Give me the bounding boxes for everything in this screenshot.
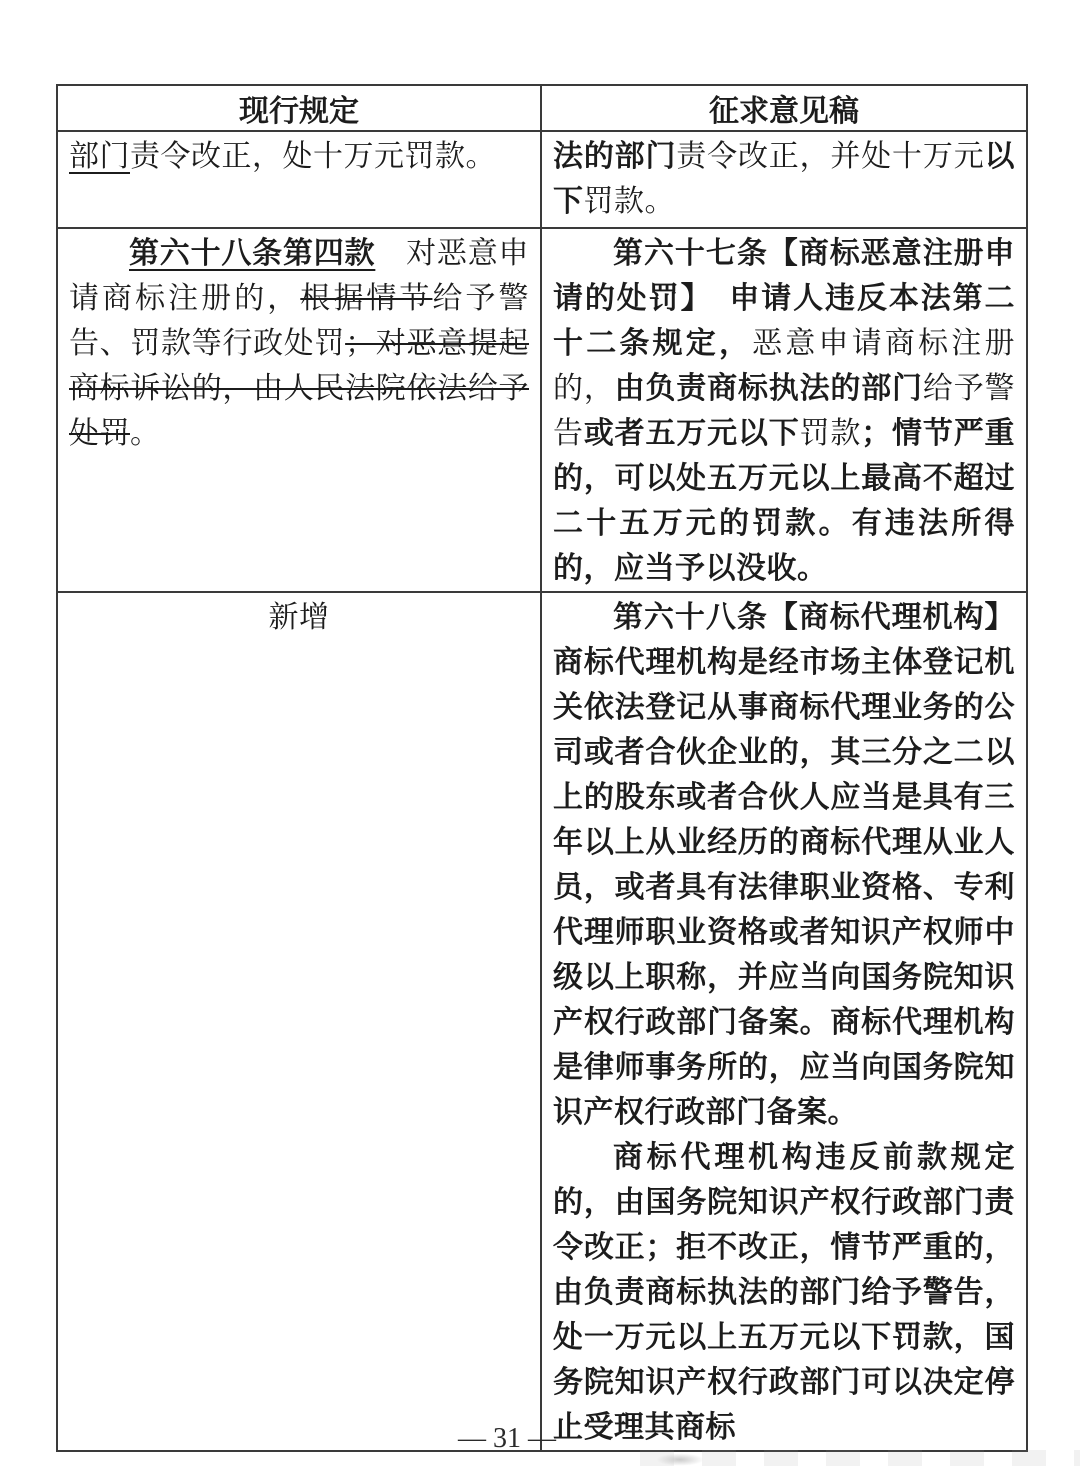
column-header-draft: 征求意见稿 <box>541 85 1027 131</box>
cell-draft: 第六十七条【商标恶意注册申请的处罚】 申请人违反本法第二十二条规定，恶意申请商标… <box>541 228 1027 592</box>
text-segment: 新增 <box>269 601 330 634</box>
cell-current: 部门责令改正，处十万元罚款。 <box>57 131 541 228</box>
text-segment: 部门 <box>69 140 130 173</box>
cell-draft: 法的部门责令改正，并处十万元以下罚款。 <box>541 131 1027 228</box>
text-segment: 罚款。 <box>584 185 676 218</box>
text-segment: 责令改正，并处十万元 <box>676 140 984 173</box>
paragraph: 部门责令改正，处十万元罚款。 <box>69 134 529 179</box>
table-row: 新增第六十八条【商标代理机构】商标代理机构是经市场主体登记机关依法登记从事商标代… <box>57 592 1027 1451</box>
document-page: 现行规定 征求意见稿 部门责令改正，处十万元罚款。法的部门责令改正，并处十万元以… <box>0 0 1080 1469</box>
cell-draft: 第六十八条【商标代理机构】商标代理机构是经市场主体登记机关依法登记从事商标代理业… <box>541 592 1027 1451</box>
watermark-remnant <box>640 1450 1080 1466</box>
column-header-current: 现行规定 <box>57 85 541 131</box>
text-segment: 责令改正，处十万元罚款。 <box>130 140 496 173</box>
table-row: 部门责令改正，处十万元罚款。法的部门责令改正，并处十万元以下罚款。 <box>57 131 1027 228</box>
table-row: 第六十八条第四款 对恶意申请商标注册的，根据情节给予警告、罚款等行政处罚；对恶意… <box>57 228 1027 592</box>
paragraph: 第六十八条第四款 对恶意申请商标注册的，根据情节给予警告、罚款等行政处罚；对恶意… <box>69 231 529 456</box>
cell-current: 新增 <box>57 592 541 1451</box>
text-segment: 根据情节 <box>300 282 432 315</box>
text-segment: 第六十八条第四款 <box>129 237 375 270</box>
text-segment: 法的部门 <box>553 140 676 173</box>
paragraph: 第六十七条【商标恶意注册申请的处罚】 申请人违反本法第二十二条规定，恶意申请商标… <box>553 231 1015 591</box>
paragraph: 新增 <box>69 595 529 640</box>
paragraph: 商标代理机构违反前款规定的，由国务院知识产权行政部门责令改正；拒不改正，情节严重… <box>553 1135 1015 1450</box>
comparison-table: 现行规定 征求意见稿 部门责令改正，处十万元罚款。法的部门责令改正，并处十万元以… <box>56 84 1028 1452</box>
table-body: 部门责令改正，处十万元罚款。法的部门责令改正，并处十万元以下罚款。第六十八条第四… <box>57 131 1027 1451</box>
paragraph: 第六十八条【商标代理机构】商标代理机构是经市场主体登记机关依法登记从事商标代理业… <box>553 595 1015 1135</box>
cell-current: 第六十八条第四款 对恶意申请商标注册的，根据情节给予警告、罚款等行政处罚；对恶意… <box>57 228 541 592</box>
text-segment: 。 <box>130 417 161 450</box>
text-segment: 罚款 <box>800 417 862 450</box>
text-segment: 第六十八条【商标代理机构】商标代理机构是经市场主体登记机关依法登记从事商标代理业… <box>553 601 1015 1129</box>
text-segment: 商标代理机构违反前款规定的，由国务院知识产权行政部门责令改正；拒不改正，情节严重… <box>553 1141 1015 1444</box>
paragraph: 法的部门责令改正，并处十万元以下罚款。 <box>553 134 1015 224</box>
text-segment: 或者五万元以下 <box>584 417 800 450</box>
header-row: 现行规定 征求意见稿 <box>57 85 1027 131</box>
text-segment: 由负责商标执法的部门 <box>615 372 923 405</box>
